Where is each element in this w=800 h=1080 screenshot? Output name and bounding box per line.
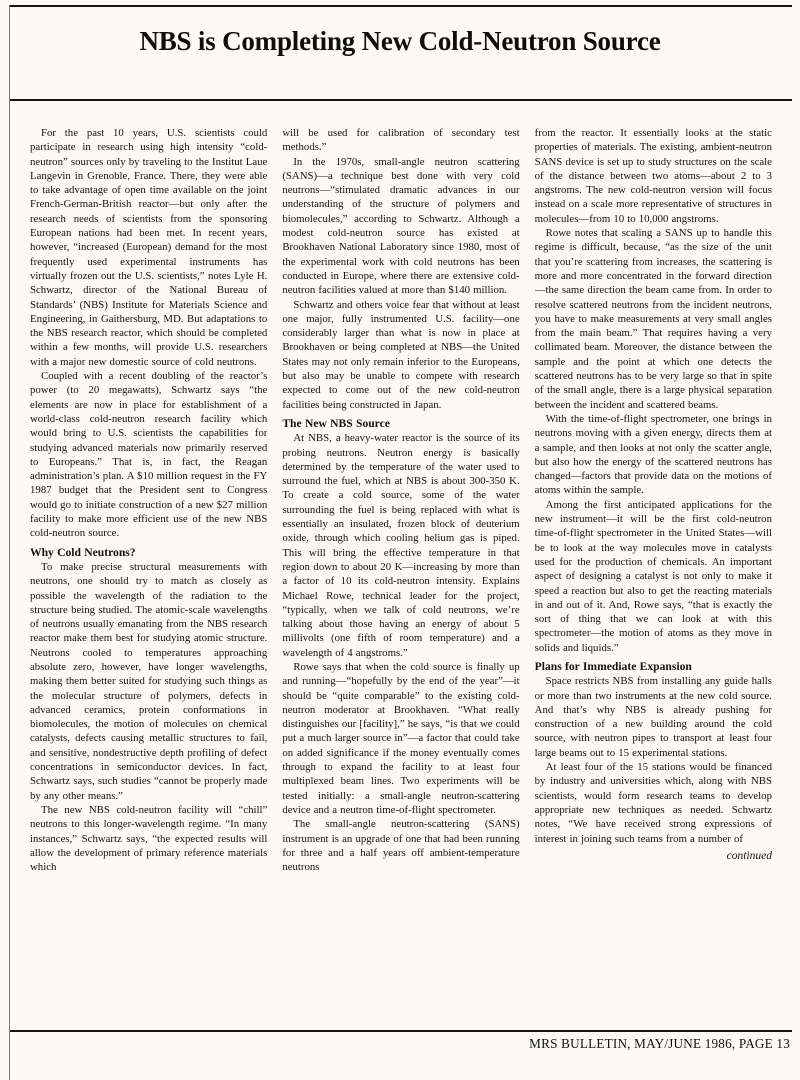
paragraph: At NBS, a heavy-water reactor is the sou… xyxy=(282,431,519,660)
paragraph: Rowe notes that scaling a SANS up to han… xyxy=(535,226,772,412)
magazine-page: NBS is Completing New Cold-Neutron Sourc… xyxy=(0,0,800,1080)
paragraph: will be used for calibration of secondar… xyxy=(282,126,519,155)
paragraph: In the 1970s, small-angle neutron scatte… xyxy=(282,155,519,298)
section-heading: Why Cold Neutrons? xyxy=(30,546,267,560)
paragraph: Space restricts NBS from installing any … xyxy=(535,674,772,760)
footer-rule xyxy=(10,1030,792,1032)
paragraph: To make precise structural measurements … xyxy=(30,560,267,803)
article-column-3: from the reactor. It essentially looks a… xyxy=(535,126,772,1024)
article-body: For the past 10 years, U.S. scientists c… xyxy=(30,126,772,1024)
paragraph: At least four of the 15 stations would b… xyxy=(535,760,772,846)
continued-label: continued xyxy=(535,849,772,863)
article-column-2: will be used for calibration of secondar… xyxy=(282,126,519,1024)
paragraph: With the time-of-flight spectrometer, on… xyxy=(535,412,772,498)
article-title: NBS is Completing New Cold-Neutron Sourc… xyxy=(0,26,800,57)
page-edge-line xyxy=(9,5,10,1080)
top-rule xyxy=(10,5,792,7)
page-footer: MRS BULLETIN, MAY/JUNE 1986, PAGE 13 xyxy=(529,1036,790,1052)
paragraph: from the reactor. It essentially looks a… xyxy=(535,126,772,226)
paragraph: Schwartz and others voice fear that with… xyxy=(282,298,519,412)
paragraph: The new NBS cold-neutron facility will “… xyxy=(30,803,267,874)
paragraph: Coupled with a recent doubling of the re… xyxy=(30,369,267,541)
section-heading: Plans for Immediate Expansion xyxy=(535,660,772,674)
paragraph: Rowe says that when the cold source is f… xyxy=(282,660,519,817)
paragraph: For the past 10 years, U.S. scientists c… xyxy=(30,126,267,369)
article-column-1: For the past 10 years, U.S. scientists c… xyxy=(30,126,267,1024)
paragraph: The small-angle neutron-scattering (SANS… xyxy=(282,817,519,874)
paragraph: Among the first anticipated applications… xyxy=(535,498,772,655)
section-heading: The New NBS Source xyxy=(282,417,519,431)
title-rule xyxy=(10,99,792,101)
